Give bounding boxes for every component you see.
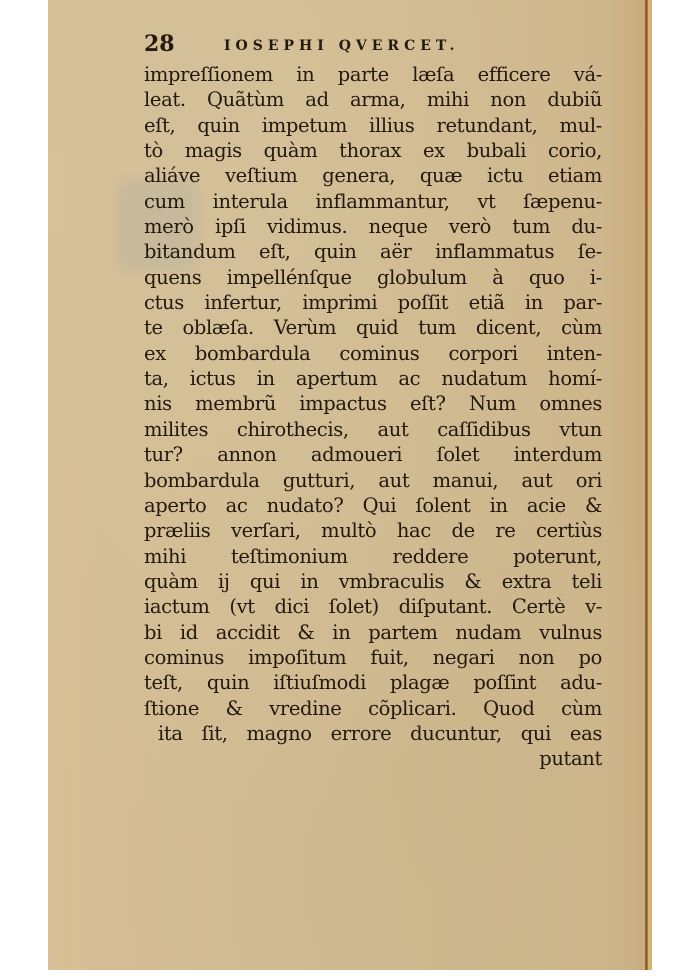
text-line: aperto ac nudato? Qui ſolent in acie &	[144, 493, 602, 518]
text-line: quens impellénſque globulum à quo i-	[144, 265, 602, 290]
text-line: impreſſionem in parte læſa efficere vá-	[144, 62, 602, 87]
text-line: aliáve veſtium genera, quæ ictu etiam	[144, 163, 602, 188]
text-line: iactum (vt dici ſolet) diſputant. Certè …	[144, 594, 602, 619]
page-edge-outer	[648, 0, 652, 970]
text-line: bombardula gutturi, aut manui, aut ori	[144, 468, 602, 493]
text-line: cominus impoſitum fuit, negari non po	[144, 645, 602, 670]
catchword: putant	[144, 746, 602, 771]
text-line: ſtione & vredine cõplicari. Quod cùm	[144, 696, 602, 721]
text-line: ita ſit, magno errore ducuntur, qui eas	[144, 721, 602, 746]
page-header: 28 IOSEPHI QVERCET.	[144, 30, 604, 58]
text-line: cum interula inflammantur, vt ſæpenu-	[144, 189, 602, 214]
running-head: IOSEPHI QVERCET.	[224, 34, 459, 58]
text-line: teſt, quin iſtiuſmodi plagæ poſſint adu-	[144, 670, 602, 695]
text-line: tò magis quàm thorax ex bubali corio,	[144, 138, 602, 163]
text-line: mihi teſtimonium reddere poterunt,	[144, 544, 602, 569]
text-line: bitandum eſt, quin aër inflammatus ſe-	[144, 239, 602, 264]
body-text: impreſſionem in parte læſa efficere vá- …	[144, 62, 602, 772]
text-line: nis membrũ impactus eſt? Num omnes	[144, 391, 602, 416]
text-line: milites chirothecis, aut caſſidibus vtun	[144, 417, 602, 442]
page-number: 28	[144, 30, 175, 58]
text-line: quàm ij qui in vmbraculis & extra teli	[144, 569, 602, 594]
text-line: tur? annon admoueri ſolet interdum	[144, 442, 602, 467]
text-line: ctus infertur, imprimi poſſit etiã in pa…	[144, 290, 602, 315]
text-line: eſt, quin impetum illius retundant, mul-	[144, 113, 602, 138]
text-line: merò ipſi vidimus. neque verò tum du-	[144, 214, 602, 239]
page-edge	[645, 0, 648, 970]
text-line: leat. Quãtùm ad arma, mihi non dubiũ	[144, 87, 602, 112]
text-line: ta, ictus in apertum ac nudatum homí-	[144, 366, 602, 391]
text-line: ex bombardula cominus corpori inten-	[144, 341, 602, 366]
text-line: te oblæſa. Verùm quid tum dicent, cùm	[144, 315, 602, 340]
text-line: bi id accidit & in partem nudam vulnus	[144, 620, 602, 645]
text-line: præliis verſari, multò hac de re certiùs	[144, 518, 602, 543]
